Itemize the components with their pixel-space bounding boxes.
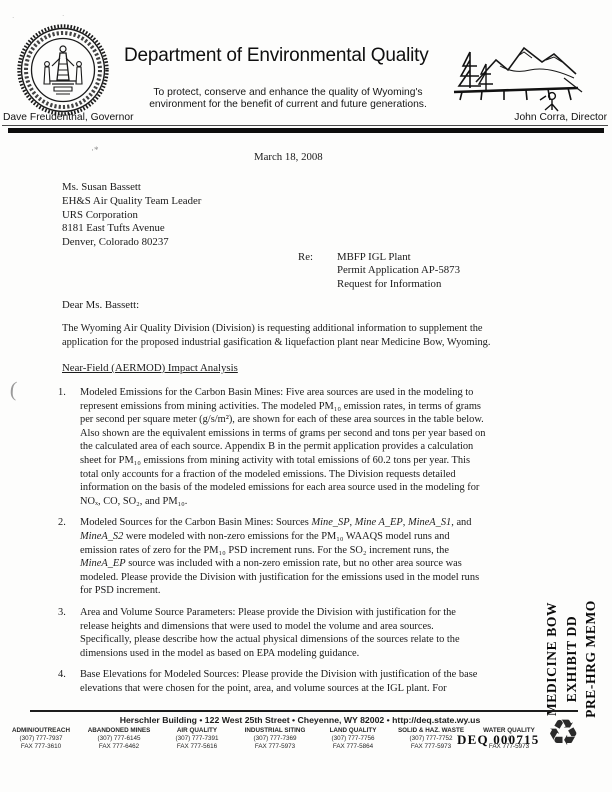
item-line: release heights and dimensions that were… xyxy=(80,620,520,634)
division-phone: (307) 777-7369 xyxy=(236,735,314,743)
agency-tagline: To protect, conserve and enhance the qua… xyxy=(138,87,438,111)
scanned-letter-page: · · ·* ( Department of Environmental Qua… xyxy=(0,0,612,792)
list-item-2: 2. Modeled Sources for the Carbon Basin … xyxy=(62,516,520,598)
salutation: Dear Ms. Bassett: xyxy=(62,299,139,311)
intro-paragraph: The Wyoming Air Quality Division (Divisi… xyxy=(62,322,522,349)
division-land-quality: LAND QUALITY (307) 777-7756 FAX 777-5864 xyxy=(314,727,392,751)
division-name: AIR QUALITY xyxy=(158,727,236,735)
header-rule-thin xyxy=(2,125,608,126)
list-item-1: 1. Modeled Emissions for the Carbon Basi… xyxy=(62,386,520,508)
division-phone: (307) 777-6145 xyxy=(80,735,158,743)
recycle-icon: ♻ xyxy=(547,714,579,754)
item-line: information on the basis of the modeled … xyxy=(80,481,520,495)
division-name: INDUSTRIAL SITING xyxy=(236,727,314,735)
division-air-quality: AIR QUALITY (307) 777-7391 FAX 777-5616 xyxy=(158,727,236,751)
re-label: Re: xyxy=(298,251,337,291)
recipient-street: 8181 East Tufts Avenue xyxy=(62,222,201,236)
item-line: Also shown are the equivalent emissions … xyxy=(80,427,520,441)
division-industrial-siting: INDUSTRIAL SITING (307) 777-7369 FAX 777… xyxy=(236,727,314,751)
re-line-permit: Permit Application AP-5873 xyxy=(337,264,460,277)
item-number: 1. xyxy=(58,386,66,400)
re-lines: MBFP IGL Plant Permit Application AP-587… xyxy=(337,251,460,291)
intro-line: application for the proposed industrial … xyxy=(62,336,522,350)
item-number: 3. xyxy=(58,606,66,620)
recipient-company: URS Corporation xyxy=(62,209,201,223)
division-abandoned-mines: ABANDONED MINES (307) 777-6145 FAX 777-6… xyxy=(80,727,158,751)
item-line: per second per square meter (g/s/m²), ar… xyxy=(80,413,520,427)
item-line: the calculated area of each source. Appe… xyxy=(80,440,520,454)
tagline-line-1: To protect, conserve and enhance the qua… xyxy=(138,87,438,99)
division-admin-outreach: ADMIN/OUTREACH (307) 777-7937 FAX 777-36… xyxy=(2,727,80,751)
division-fax: FAX 777-5864 xyxy=(314,743,392,751)
division-fax: FAX 777-5973 xyxy=(236,743,314,751)
division-phone: (307) 777-7391 xyxy=(158,735,236,743)
item-number: 2. xyxy=(58,516,66,530)
list-item-3: 3. Area and Volume Source Parameters: Pl… xyxy=(62,606,520,660)
item-line: total only accounts for a fraction of th… xyxy=(80,468,520,482)
tagline-line-2: environment for the benefit of current a… xyxy=(138,99,438,111)
division-name: ABANDONED MINES xyxy=(80,727,158,735)
division-fax: FAX 777-5616 xyxy=(158,743,236,751)
pencil-mark: ·* xyxy=(91,145,99,155)
division-name: ADMIN/OUTREACH xyxy=(2,727,80,735)
item-line: dimensions used in the model as based on… xyxy=(80,647,520,661)
section-heading: Near-Field (AERMOD) Impact Analysis xyxy=(62,362,238,374)
item-line: elevations that were chosen for the poin… xyxy=(80,682,520,696)
item-line: Modeled Sources for the Carbon Basin Min… xyxy=(80,516,520,530)
division-phone: (307) 777-7937 xyxy=(2,735,80,743)
mountain-landscape-icon xyxy=(448,30,586,118)
item-line: MineA_S2 were modeled with non-zero emis… xyxy=(80,530,520,544)
list-item-4: 4. Base Elevations for Modeled Sources: … xyxy=(62,668,520,695)
item-number: 4. xyxy=(58,668,66,682)
header-rule-thick xyxy=(8,128,604,133)
item-line: for PSD increment. xyxy=(80,584,520,598)
item-line: represent emissions from mining activiti… xyxy=(80,400,520,414)
division-name: LAND QUALITY xyxy=(314,727,392,735)
division-phone: (307) 777-7756 xyxy=(314,735,392,743)
director-name: John Corra, Director xyxy=(514,112,607,123)
item-line: Base Elevations for Modeled Sources: Ple… xyxy=(80,668,520,682)
governor-name: Dave Freudenthal, Governor xyxy=(3,112,134,123)
item-line: NOₓ, CO, SO₂, and PM₁₀. xyxy=(80,495,520,509)
letter-date: March 18, 2008 xyxy=(254,151,323,163)
recipient-title: EH&S Air Quality Team Leader xyxy=(62,195,201,209)
item-line: Modeled Emissions for the Carbon Basin M… xyxy=(80,386,520,400)
recipient-city: Denver, Colorado 80237 xyxy=(62,236,201,250)
re-line-subject: MBFP IGL Plant xyxy=(337,251,460,264)
item-line: MineA_EP source was included with a non-… xyxy=(80,557,520,571)
division-fax: FAX 777-3610 xyxy=(2,743,80,751)
recipient-name: Ms. Susan Bassett xyxy=(62,181,201,195)
re-block: Re: MBFP IGL Plant Permit Application AP… xyxy=(298,251,460,291)
item-line: emission rates of zero for the PM₁₀ PSD … xyxy=(80,544,520,558)
bates-number-stamp: DEQ 000715 xyxy=(457,732,539,748)
item-line: sheet for PM₁₀ emissions from mining act… xyxy=(80,454,520,468)
re-line-request: Request for Information xyxy=(337,278,460,291)
item-line: modeled. Please provide the Division wit… xyxy=(80,571,520,585)
scan-speck: · xyxy=(12,14,14,22)
scan-speck: · xyxy=(62,12,64,20)
division-fax: FAX 777-6462 xyxy=(80,743,158,751)
numbered-items: 1. Modeled Emissions for the Carbon Basi… xyxy=(62,386,520,703)
item-line: Area and Volume Source Parameters: Pleas… xyxy=(80,606,520,620)
footer-rule xyxy=(30,710,578,712)
intro-line: The Wyoming Air Quality Division (Divisi… xyxy=(62,322,522,336)
wyoming-state-seal-icon xyxy=(16,22,110,118)
footer-address-line: Herschler Building • 122 West 25th Stree… xyxy=(0,715,600,725)
agency-title: Department of Environmental Quality xyxy=(124,45,429,67)
stray-pencil-paren: ( xyxy=(9,377,18,402)
officials-row: Dave Freudenthal, Governor John Corra, D… xyxy=(3,112,607,123)
item-line: Specifically, please describe how the ac… xyxy=(80,633,520,647)
recipient-address-block: Ms. Susan Bassett EH&S Air Quality Team … xyxy=(62,181,201,250)
